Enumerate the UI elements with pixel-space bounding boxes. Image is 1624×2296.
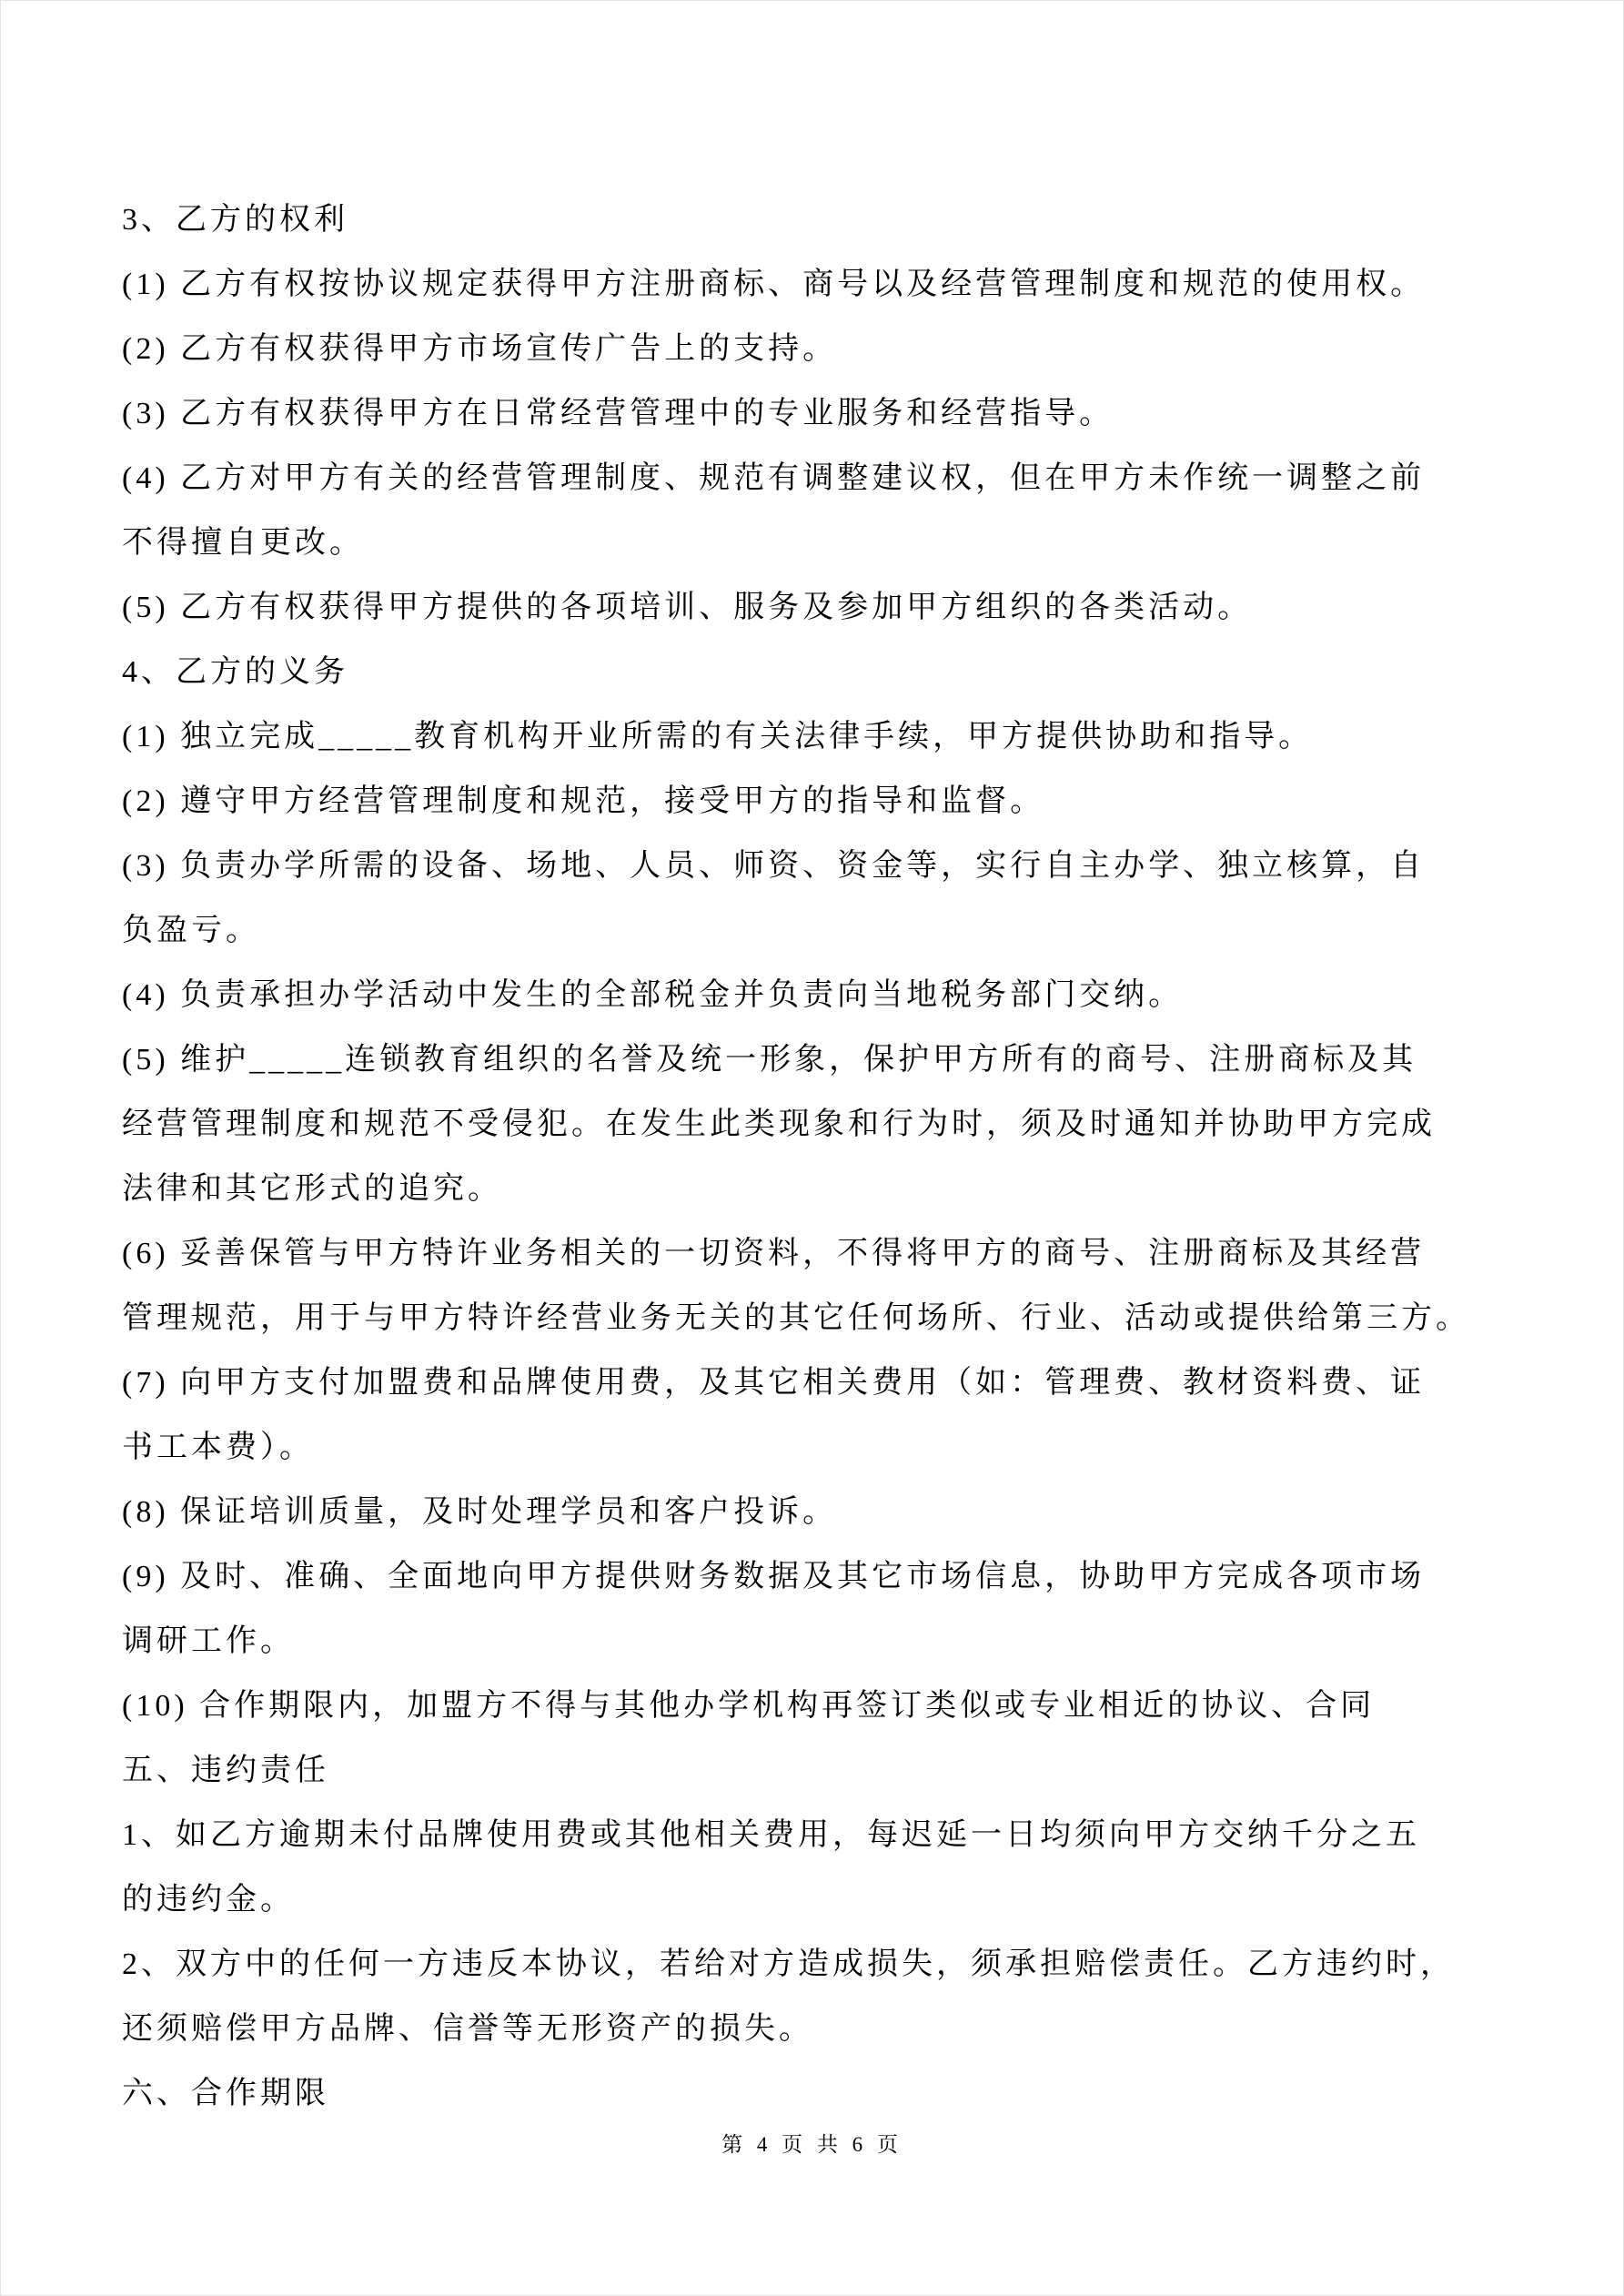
document-line: (2) 乙方有权获得甲方市场宣传广告上的支持。 — [122, 317, 1509, 381]
document-line: 经营管理制度和规范不受侵犯。在发生此类现象和行为时，须及时通知并协助甲方完成 — [122, 1092, 1509, 1157]
section-heading: 六、合作期限 — [122, 2061, 1509, 2126]
section-heading: 4、乙方的义务 — [122, 640, 1509, 704]
section-heading: 3、乙方的权利 — [122, 187, 1509, 252]
document-line: (1) 乙方有权按协议规定获得甲方注册商标、商号以及经营管理制度和规范的使用权。 — [122, 252, 1509, 317]
document-line: (9) 及时、准确、全面地向甲方提供财务数据及其它市场信息，协助甲方完成各项市场 — [122, 1544, 1509, 1609]
document-line: 的违约金。 — [122, 1867, 1509, 1932]
document-line: (5) 乙方有权获得甲方提供的各项培训、服务及参加甲方组织的各类活动。 — [122, 575, 1509, 640]
document-line: 调研工作。 — [122, 1609, 1509, 1674]
document-line: (1) 独立完成_____教育机构开业所需的有关法律手续，甲方提供协助和指导。 — [122, 704, 1509, 769]
document-line: (10) 合作期限内，加盟方不得与其他办学机构再签订类似或专业相近的协议、合同 — [122, 1674, 1509, 1738]
document-line: (5) 维护_____连锁教育组织的名誉及统一形象，保护甲方所有的商号、注册商标… — [122, 1027, 1509, 1092]
document-line: 书工本费）。 — [122, 1415, 1509, 1480]
document-line: (3) 负责办学所需的设备、场地、人员、师资、资金等，实行自主办学、独立核算，自 — [122, 834, 1509, 898]
document-line: 管理规范，用于与甲方特许经营业务无关的其它任何场所、行业、活动或提供给第三方。 — [122, 1286, 1509, 1350]
document-line: 2、双方中的任何一方违反本协议，若给对方造成损失，须承担赔偿责任。乙方违约时， — [122, 1932, 1509, 1997]
document-body: 3、乙方的权利 (1) 乙方有权按协议规定获得甲方注册商标、商号以及经营管理制度… — [122, 187, 1509, 2126]
document-line: (7) 向甲方支付加盟费和品牌使用费，及其它相关费用（如：管理费、教材资料费、证 — [122, 1350, 1509, 1415]
document-line: 负盈亏。 — [122, 898, 1509, 963]
document-line: (4) 负责承担办学活动中发生的全部税金并负责向当地税务部门交纳。 — [122, 963, 1509, 1027]
section-heading: 五、违约责任 — [122, 1738, 1509, 1803]
document-line: 法律和其它形式的追究。 — [122, 1157, 1509, 1221]
document-line: 1、如乙方逾期未付品牌使用费或其他相关费用，每迟延一日均须向甲方交纳千分之五 — [122, 1803, 1509, 1867]
page-number-footer: 第 4 页 共 6 页 — [1, 2127, 1623, 2163]
document-line: (3) 乙方有权获得甲方在日常经营管理中的专业服务和经营指导。 — [122, 381, 1509, 446]
document-line: (2) 遵守甲方经营管理制度和规范，接受甲方的指导和监督。 — [122, 769, 1509, 834]
document-line: (4) 乙方对甲方有关的经营管理制度、规范有调整建议权，但在甲方未作统一调整之前 — [122, 446, 1509, 511]
document-line: 还须赔偿甲方品牌、信誉等无形资产的损失。 — [122, 1997, 1509, 2061]
document-line: (8) 保证培训质量，及时处理学员和客户投诉。 — [122, 1480, 1509, 1544]
document-line: 不得擅自更改。 — [122, 511, 1509, 575]
contract-page: 3、乙方的权利 (1) 乙方有权按协议规定获得甲方注册商标、商号以及经营管理制度… — [0, 0, 1624, 2296]
document-line: (6) 妥善保管与甲方特许业务相关的一切资料，不得将甲方的商号、注册商标及其经营 — [122, 1221, 1509, 1286]
